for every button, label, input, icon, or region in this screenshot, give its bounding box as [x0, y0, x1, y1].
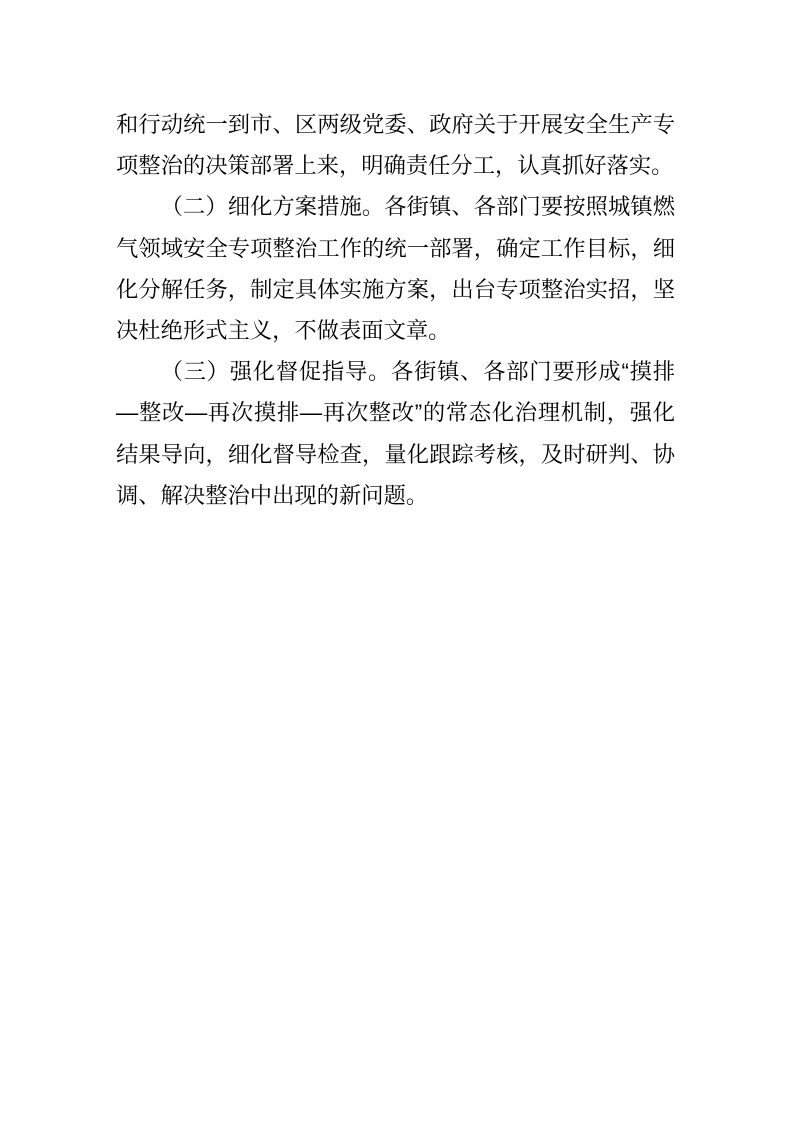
text-line: （二）细化方案措施。各街镇、各部门要按照城镇燃	[116, 186, 675, 227]
paragraph-item-3: （三）强化督促指导。各街镇、各部门要形成“摸排—整改—再次摸排—再次整改”的常态…	[116, 351, 675, 516]
text-line: 调、解决整治中出现的新问题。	[116, 475, 675, 516]
text-line: 化分解任务，制定具体实施方案，出台专项整治实招，坚	[116, 269, 675, 310]
paragraph-item-2: （二）细化方案措施。各街镇、各部门要按照城镇燃气领域安全专项整治工作的统一部署，…	[116, 186, 675, 351]
text-line: 气领域安全专项整治工作的统一部署，确定工作目标，细	[116, 228, 675, 269]
text-line: 结果导向，细化督导检查，量化跟踪考核，及时研判、协	[116, 434, 675, 475]
paragraph-continuation: 和行动统一到市、区两级党委、政府关于开展安全生产专项整治的决策部署上来，明确责任…	[116, 104, 675, 186]
text-line: 决杜绝形式主义，不做表面文章。	[116, 310, 675, 351]
text-line: 和行动统一到市、区两级党委、政府关于开展安全生产专	[116, 104, 675, 145]
text-line: 项整治的决策部署上来，明确责任分工，认真抓好落实。	[116, 145, 675, 186]
text-line: —整改—再次摸排—再次整改”的常态化治理机制，强化	[116, 392, 675, 433]
text-line: （三）强化督促指导。各街镇、各部门要形成“摸排	[116, 351, 675, 392]
text-block: 和行动统一到市、区两级党委、政府关于开展安全生产专项整治的决策部署上来，明确责任…	[0, 0, 793, 516]
document-page: 和行动统一到市、区两级党委、政府关于开展安全生产专项整治的决策部署上来，明确责任…	[0, 0, 793, 1122]
